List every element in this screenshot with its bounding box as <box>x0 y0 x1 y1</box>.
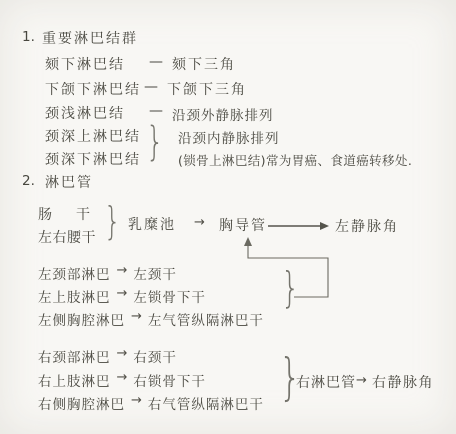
flow-connector-svg <box>0 0 456 434</box>
scanned-notes-page: 1. 重要淋巴结群 颏下淋巴结 — 颏下三角 下颌下淋巴结 — 下颌下三角 颈浅… <box>0 0 456 434</box>
